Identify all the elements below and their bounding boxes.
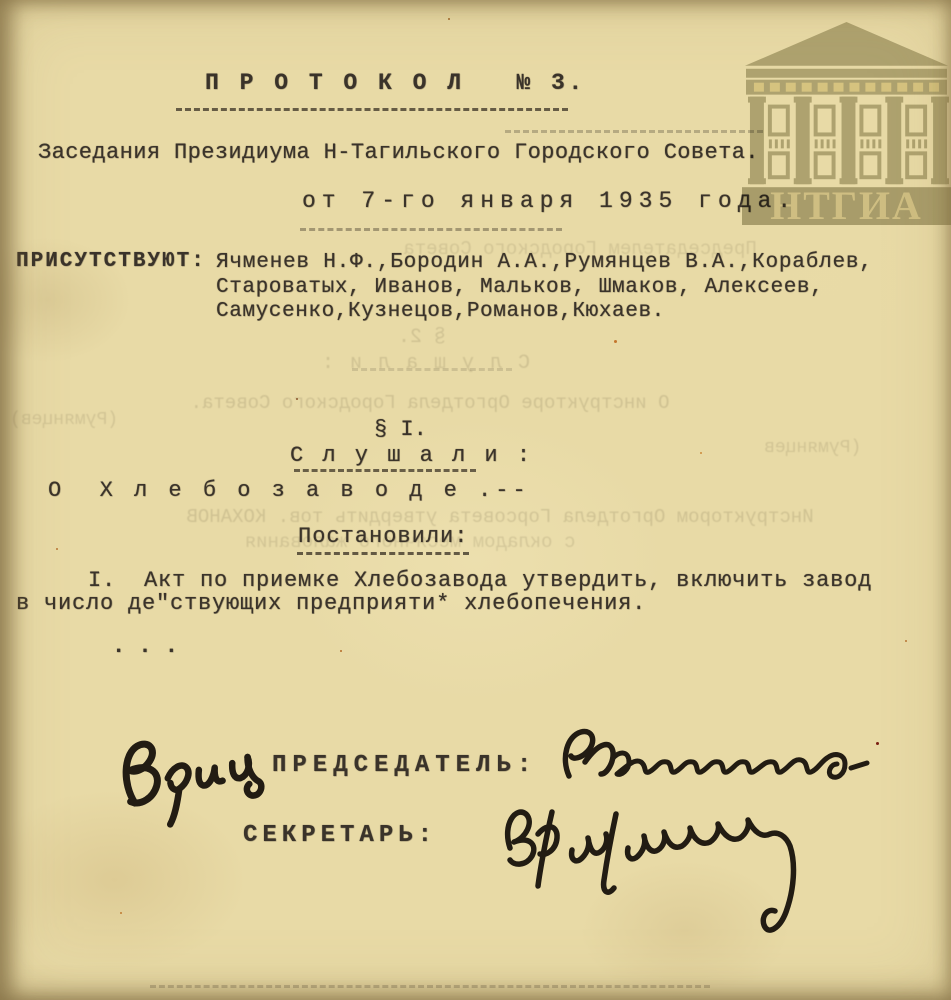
archive-watermark: НТГИА [742,20,951,225]
paper-speck [614,340,617,343]
chairman-label: ПРЕДСЕДАТЕЛЬ: [272,752,537,779]
secretary-label: СЕКРЕТАРЬ: [243,822,437,849]
paper-speck [56,548,58,550]
chairman-prefix-text: Врид [0,0,1,1]
attendees-label: ПРИСУТСТВУЮТ: [16,250,206,273]
paper-speck [448,18,450,20]
faint-dashed-line [505,130,763,133]
bleedthrough-line: (Румянцев) [10,410,118,430]
archive-building-icon: НТГИА [742,22,951,225]
paper-speck [296,398,298,400]
subtitle-line: Заседания Президиума Н-Тагильского Город… [38,140,759,165]
paper-speck [905,640,907,642]
bleedthrough-line: § 2. [398,326,446,349]
resolved-heading: Постановили: [298,524,468,549]
title-underline [176,108,568,111]
bleedthrough-line: С л у ш а л и : [320,352,530,375]
heard-underline [294,469,476,472]
bleedthrough-line: Инструктором Орготдела Горсовета утверди… [90,506,910,528]
paper-speck [120,912,122,914]
resolution-text-line: I. Акт по приемке Хлебозавода утвердить,… [88,568,872,593]
paper-speck [340,650,342,652]
bleedthrough-line: (Румянцев [764,438,861,458]
date-line: от 7-го января 1935 года. [302,188,797,214]
bleedthrough-dashed-line [352,368,512,371]
bleedthrough-line: О инструкторе Орготдела Городского Совет… [150,392,710,414]
ellipsis-mark: . . . [112,634,178,659]
document-page: Председателем Городского Совета § 2. С л… [0,0,951,1000]
resolved-underline [297,552,469,555]
secretary-signature [480,798,850,958]
attendees-line: Самусенко,Кузнецов,Романов,Кюхаев. [216,300,665,323]
resolution-text-line: в число де"ствующих предприяти* хлебопеч… [16,591,646,616]
heard-heading: С л у ш а л и : [290,443,533,468]
section-heading: § I. [374,417,427,442]
page-title: П Р О Т О К О Л № 3. [205,70,586,96]
watermark-text: НТГИА [770,184,922,225]
bleedthrough-dashed-line [150,985,710,988]
date-underline [300,228,562,231]
attendees-line: Староватых, Иванов, Мальков, Шмаков, Але… [216,276,823,299]
chairman-prefix-handwriting: Врид [110,717,287,839]
paper-speck [700,452,702,454]
attendees-line: Ячменев Н.Ф.,Бородин А.А.,Румянцев В.А.,… [216,251,873,274]
agenda-item: О Х л е б о з а в о д е .-- [48,478,530,503]
